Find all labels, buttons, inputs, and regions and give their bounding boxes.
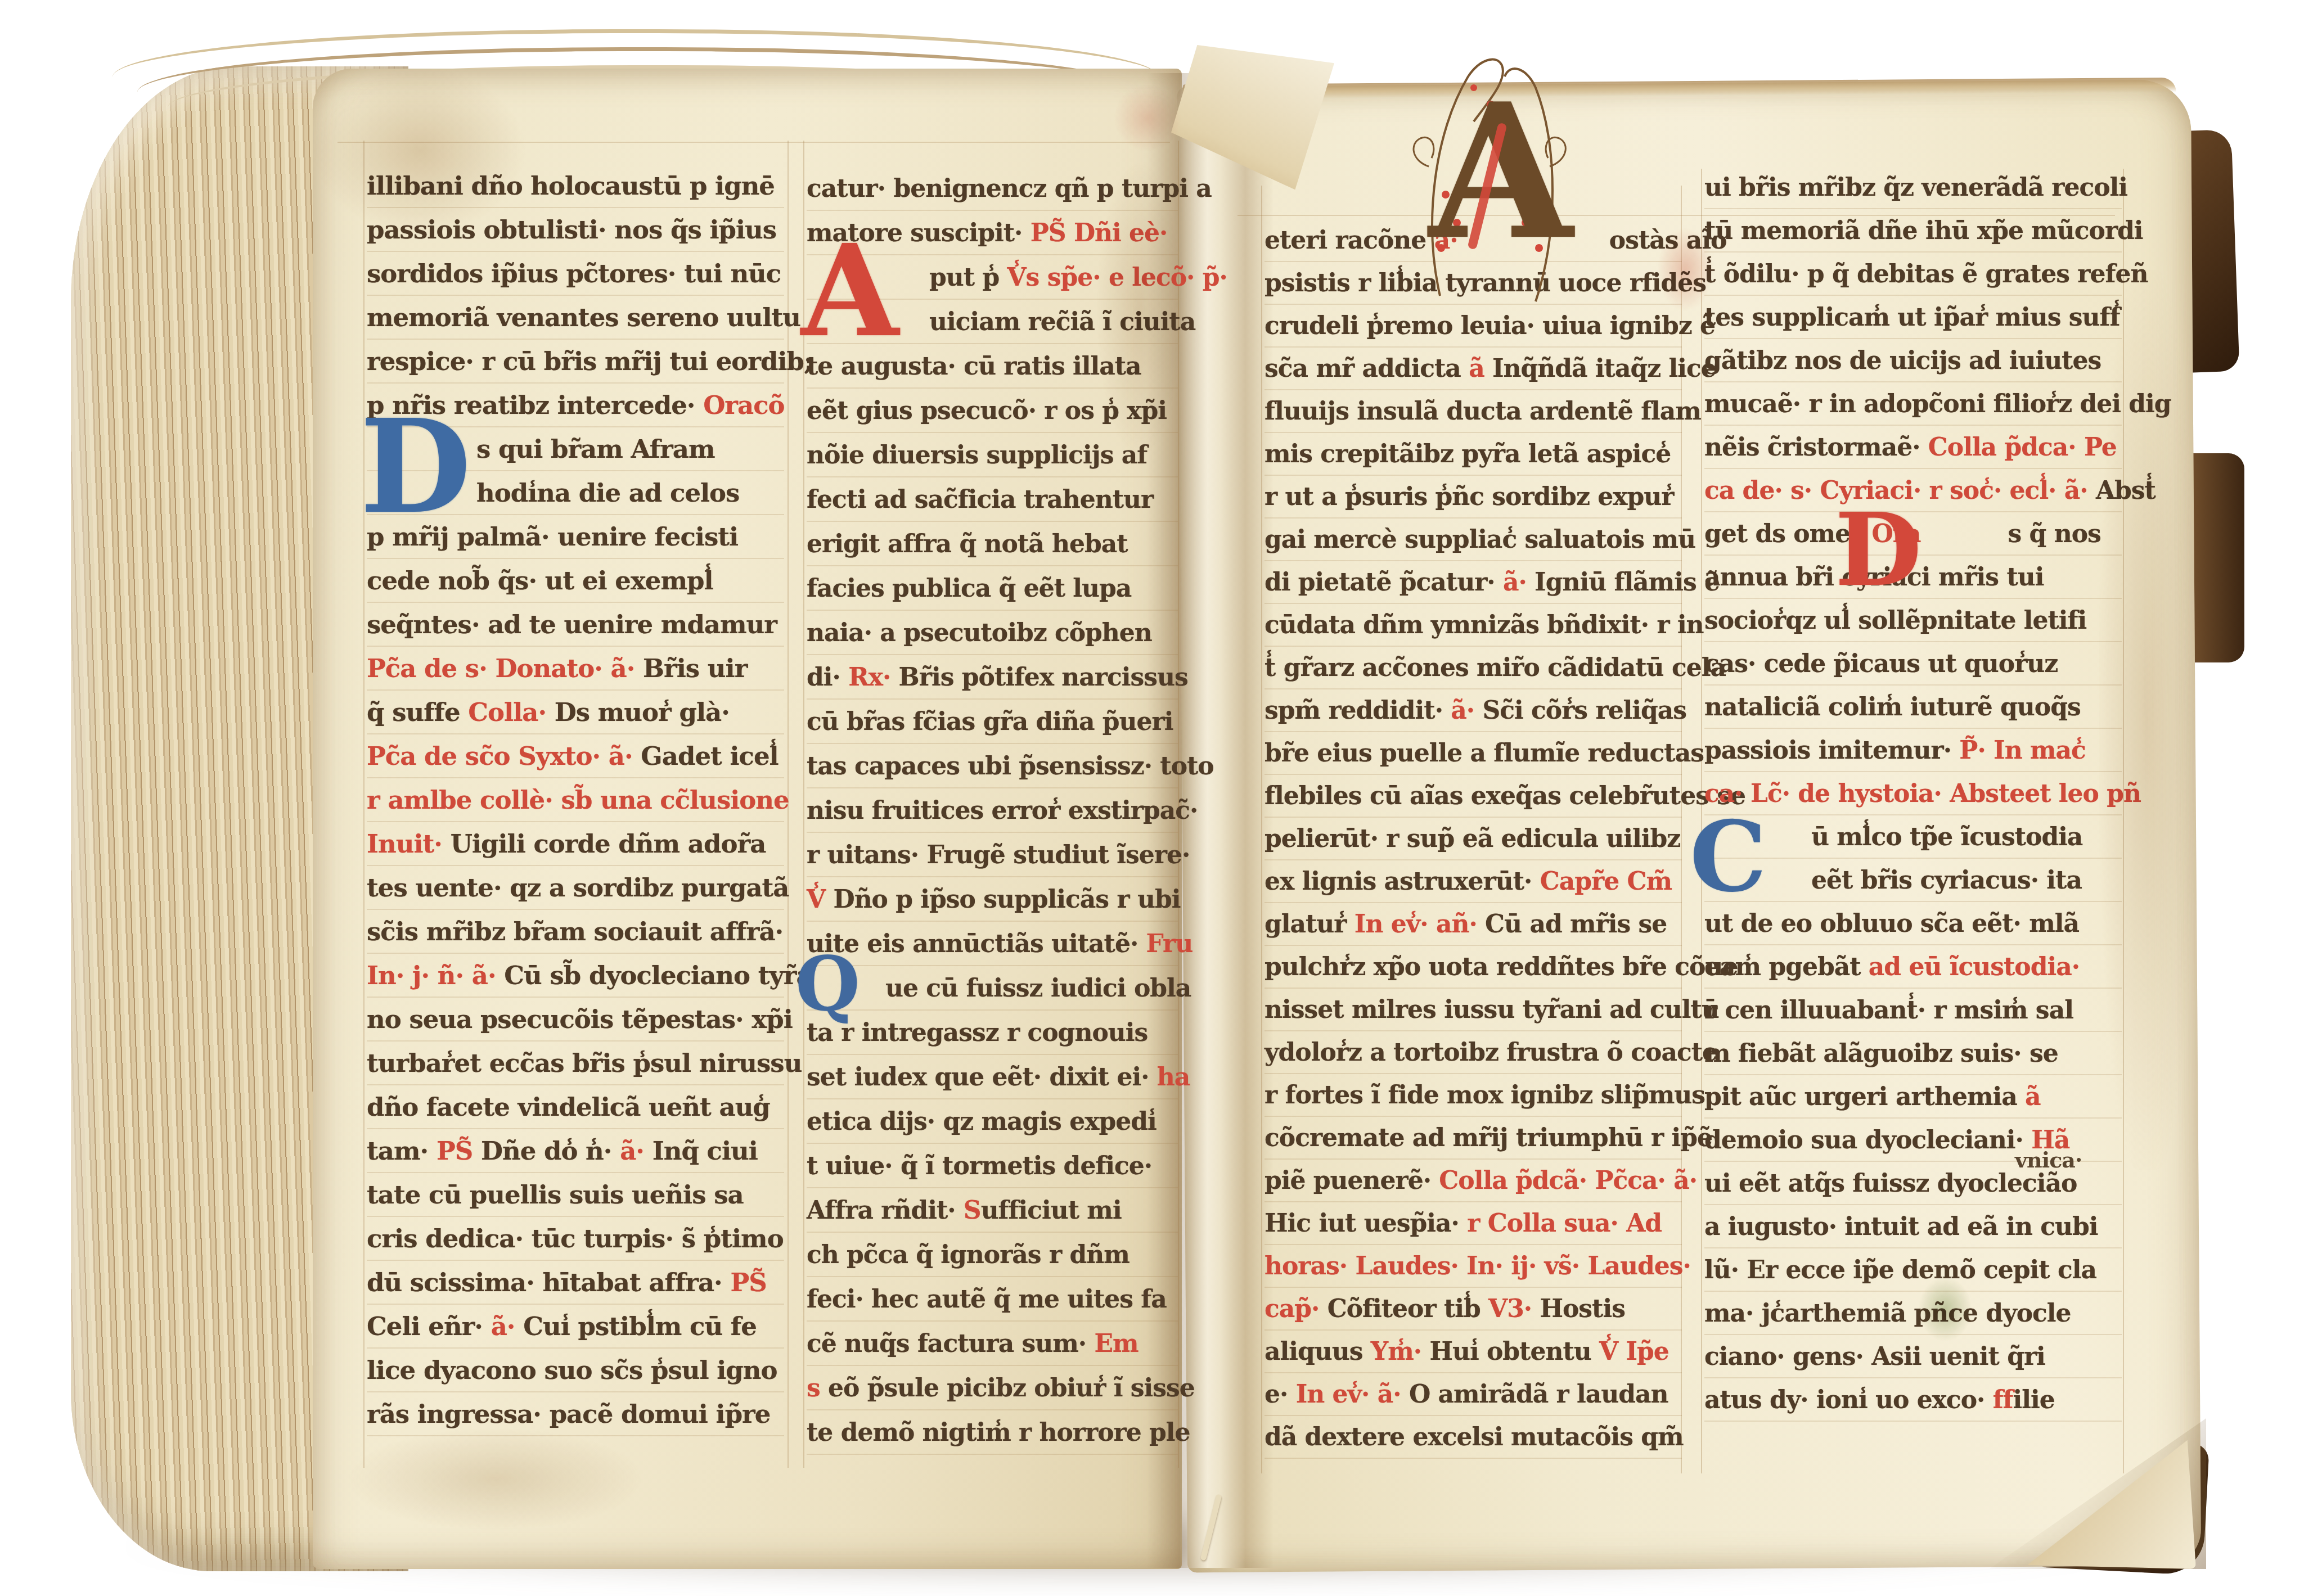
text-run: naia· a psecutoibz cõphen: [807, 619, 1152, 647]
text-line: te demõ nigtim̾ r horrore ple: [807, 1410, 1178, 1455]
text-line: r fortes ĩ fide mox ignibz slip̃mus: [1264, 1074, 1682, 1117]
text-run: Cui̾ pstibl̾m cū fe: [523, 1311, 757, 1341]
text-run: Colla p̃dca· Pe: [1928, 433, 2117, 462]
text-run: flebiles cū aĩas exeq̃as celebr̃utes se: [1264, 782, 1745, 810]
text-run: rãs ingressa· pacẽ domui ip̃re: [367, 1399, 770, 1429]
text-run: glatur̾: [1264, 910, 1354, 939]
text-line: pelierūt· r sup̃ eã edicula uilibz: [1264, 818, 1682, 860]
text-run: di pietatẽ p̃catur·: [1264, 568, 1503, 597]
text-run: crudeli p̾remo leuia· uiua ignibz ẽ: [1264, 312, 1715, 340]
manuscript-photo: illibani dño holocaustū p ignēpassiois o…: [0, 0, 2304, 1596]
ruling-line-vertical: [363, 141, 364, 1468]
text-line: facies publica q̃ eẽt lupa: [807, 566, 1178, 611]
text-run: ha: [1157, 1063, 1190, 1092]
text-line: sc̃a mr̃ addicta ã Inq̃ñdã itaq̃z lice: [1264, 348, 1682, 390]
text-run: V̾ Ip̃e: [1599, 1337, 1669, 1366]
text-run: r uitans· Frugẽ studiut ĩsere·: [807, 841, 1190, 869]
text-line: cris dedica· tūc turpis· s̃ p̾timo: [367, 1217, 784, 1261]
text-line: passiois imitemur· P̃· In mac̾: [1704, 729, 2122, 772]
text-run: ū ml̾co tp̃e ĩcustodia: [1811, 823, 2082, 851]
text-run: nõie diuersis supplicijs af: [807, 441, 1147, 470]
text-run: Ym̾·: [1371, 1337, 1430, 1366]
text-line: ma· jc̾arthemiã pñce dyocle: [1704, 1292, 2122, 1335]
text-run: In ev̾· añ·: [1354, 910, 1485, 939]
text-line: sc̃is mr̃ibz br̃am sociauit affrã·: [367, 910, 784, 954]
cadel-letter: A: [1429, 79, 1573, 264]
text-line: ciano· gens· Asii uenit q̃ri: [1704, 1335, 2122, 1378]
text-run: hodi̾na die ad celos: [476, 478, 739, 508]
text-run: Gadet icel̾: [641, 741, 778, 771]
text-run: uiciam rec̃iã ĩ ciuita: [929, 308, 1195, 336]
text-line: pulchr̾z xp̃o uota reddñtes br̃e cõue: [1264, 946, 1682, 989]
text-line: s eõ p̃sule picibz obiur̾ ĩ sisse: [807, 1366, 1178, 1410]
text-line: atus dy· ioni̾ uo exco· ffilie: [1704, 1378, 2122, 1422]
text-run: r ut a p̾suris p̾ñc sordibz expur̾: [1264, 483, 1673, 511]
text-run: dū scissima· hītabat affra·: [367, 1268, 730, 1297]
text-run: P̃· In mac̾: [1959, 736, 2085, 765]
text-line: mis crepitãibz pyr̃a letã aspice̾: [1264, 433, 1682, 476]
text-run: aliquus: [1264, 1337, 1371, 1366]
ruling-line-vertical: [1261, 186, 1262, 1473]
text-run: cede nob̃ q̃s· ut ei exempl̾: [367, 566, 713, 596]
text-run: Dño p ip̃so supplicãs r ubi: [833, 885, 1180, 914]
text-line: r cen illuuabant̾· r msim̾ sal: [1704, 989, 2122, 1032]
text-line: t̾ õdilu· p q̃ debitas ẽ grates refeñ: [1704, 253, 2122, 296]
text-run: sc̃is mr̃ibz br̃am sociauit affrã·: [367, 917, 783, 946]
text-run: Br̃is põtifex narcissus: [899, 663, 1188, 692]
text-line: pit aũc urgeri arthemia ã: [1704, 1075, 2122, 1119]
text-line: Pc̃a de s· Donato· ã· Br̃is uir: [367, 647, 784, 691]
text-line: naia· a psecutoibz cõphen: [807, 611, 1178, 655]
text-run: ff: [1993, 1386, 2013, 1414]
text-run: t̾ gr̃arz acc̃ones mir̃o cãdidatū cela: [1264, 653, 1726, 682]
illuminated-initial-blue-C: C: [1690, 814, 1767, 900]
text-run: pulchr̾z xp̃o uota reddñtes br̃e cõue: [1264, 953, 1738, 981]
text-line: t uiue· q̃ ĩ tormetis defice·: [807, 1144, 1178, 1188]
text-run: Inuit·: [367, 829, 451, 859]
text-run: gãtibz nos de uicijs ad iuiutes: [1704, 346, 2101, 375]
text-run: q̃ suffe: [367, 697, 468, 727]
text-line: V̾ Dño p ip̃so supplicãs r ubi: [807, 877, 1178, 922]
text-run: s: [807, 1374, 828, 1403]
text-line: tes supplicam̾ ut ip̃ar̾ mius suff̾: [1704, 296, 2122, 339]
text-run: Colla·: [468, 697, 555, 727]
text-run: Dñe do̾ n̾·: [481, 1136, 620, 1166]
text-line: di· Rx· Br̃is põtifex narcissus: [807, 655, 1178, 700]
text-run: respice· r cū br̃is mr̃ij tui eordib;: [367, 346, 813, 376]
text-line: ut de eo obluuo sc̃a eẽt· mlã: [1704, 902, 2122, 945]
text-run: tū memoriã dñe ihū xp̃e mũcordi: [1704, 217, 2143, 245]
text-run: demoio sua dyocleciani·: [1704, 1126, 2031, 1155]
text-run: Cõfiteor tib̾: [1327, 1295, 1488, 1323]
text-run: ue cū fuissz iudici obla: [885, 974, 1191, 1003]
text-run: tes uente· qz a sordibz purgatã: [367, 873, 789, 903]
text-run: ui br̃is mr̃ibz q̃z venerãdã recoli: [1704, 173, 2127, 202]
text-line: gai mercè suppliac̾ saluatois mū: [1264, 519, 1682, 561]
text-line: di pietatẽ p̃catur· ã· Igniū flãmis ẽ: [1264, 561, 1682, 604]
text-run: Pc̃a de s· Donato· ã·: [367, 653, 643, 683]
text-run: ch pc̃ca q̃ ignorãs r dñm: [807, 1241, 1129, 1269]
text-column-right-2: ui br̃is mr̃ibz q̃z venerãdã recolitū me…: [1704, 166, 2122, 1422]
text-line: passiois obtulisti· nos q̃s ip̃ius: [367, 208, 784, 252]
text-run: s qui br̃am Afram: [476, 434, 715, 464]
text-run: eẽt gius psecucõ· r os p̾ xp̃i: [807, 396, 1167, 425]
text-run: s q̃ nos: [2008, 520, 2101, 548]
text-run: spm̃ reddidit·: [1264, 696, 1451, 725]
text-line: mucaẽ· r in adopc̃oni filior̾z dei dig: [1704, 382, 2122, 426]
text-line: ex lignis astruxerūt· Capr̃e Cm̃: [1264, 860, 1682, 903]
text-run: mucaẽ· r in adopc̃oni filior̾z dei dig: [1704, 390, 2171, 418]
text-line: Pc̃a de sc̃o Syxto· ã· Gadet icel̾: [367, 734, 784, 778]
text-run: Cū ad mr̃is se: [1485, 910, 1667, 939]
text-run: ciano· gens· Asii uenit q̃ri: [1704, 1342, 2045, 1371]
text-line: sordidos ip̃ius pc̃tores· tui nūc: [367, 252, 784, 296]
text-line: dño facete vindelicã ueñt aug̾: [367, 1085, 784, 1129]
text-line: nataliciã colim̾ iuturẽ quoq̃s: [1704, 686, 2122, 729]
text-run: atus dy· ioni̾ uo exco·: [1704, 1386, 1993, 1414]
text-run: Hic iut uesp̃ia·: [1264, 1209, 1467, 1238]
text-run: cap̃·: [1264, 1295, 1327, 1323]
text-run: O amirãdã r laudan: [1409, 1380, 1668, 1409]
text-run: lũ· Er ecce ip̃e demõ cepit cla: [1704, 1256, 2096, 1284]
text-run: tes supplicam̾ ut ip̃ar̾ mius suff̾: [1704, 303, 2119, 332]
text-run: Celi eñr·: [367, 1311, 491, 1341]
text-line: fecti ad sac̃ficia trahentur: [807, 477, 1178, 522]
text-line: ū ml̾co tp̃e ĩcustodia: [1704, 815, 2122, 859]
text-run: ilie: [2013, 1386, 2055, 1414]
text-run: ma· jc̾arthemiã pñce dyocle: [1704, 1299, 2071, 1328]
text-line: eẽt gius psecucõ· r os p̾ xp̃i: [807, 389, 1178, 433]
text-run: ex lignis astruxerūt·: [1264, 867, 1540, 896]
text-line: ca· Lc̃· de hystoia· Absteet leo pñ: [1704, 772, 2122, 815]
margin-note: vnica·: [2015, 1147, 2082, 1173]
text-line: cū br̃as fc̃ias gr̃a diña p̃ueri: [807, 700, 1178, 744]
text-line: horas· Laudes· In· ij· vs̃· Laudes·: [1264, 1245, 1682, 1288]
text-run: pit aũc urgeri arthemia: [1704, 1083, 2025, 1111]
text-run: Affra rñdit·: [807, 1196, 964, 1225]
text-line: set iudex que eẽt· dixit ei· ha: [807, 1055, 1178, 1099]
text-run: ca· Lc̃· de hystoia· Absteet leo pñ: [1704, 779, 2141, 808]
text-run: nẽis c̃ristormaẽ·: [1704, 433, 1928, 462]
text-run: cris dedica· tūc turpis· s̃ p̾timo: [367, 1224, 784, 1254]
text-run: Cū sb̃ dyocleciano tyr̃a: [504, 961, 812, 990]
text-run: eõ p̃sule picibz obiur̾ ĩ sisse: [828, 1374, 1195, 1403]
illuminated-initial-red-D: D: [1835, 506, 1921, 594]
illuminated-initial-blue-D: D: [360, 411, 471, 523]
text-line: ch pc̃ca q̃ ignorãs r dñm: [807, 1233, 1178, 1277]
text-line: tū memoriã dñe ihū xp̃e mũcordi: [1704, 209, 2122, 253]
text-run: turbar̾et ecc̃as br̃is p̾sul nirussu: [367, 1048, 802, 1078]
text-run: nisset milres iussu tyr̃ani ad cultū: [1264, 995, 1719, 1024]
text-line: tam· PS̃ Dñe do̾ n̾· ã· Inq̃ ciui: [367, 1129, 784, 1173]
text-run: eam̾ pgebãt: [1704, 953, 1869, 981]
text-run: V̾s sp̃e· e lecõ· p̃·: [1007, 263, 1227, 292]
text-line: r amlbe collè· sb̃ una cc̃lusione: [367, 778, 784, 822]
text-run: put p̾: [929, 263, 1007, 292]
text-run: In· j· ñ· ã·: [367, 961, 504, 990]
text-line: uite eis annūctiãs uitatẽ· Fru: [807, 922, 1178, 966]
text-run: r amlbe collè· sb̃ una cc̃lusione: [367, 785, 789, 815]
text-line: aliquus Ym̾· Hui̾ obtentu V̾ Ip̃e: [1264, 1331, 1682, 1373]
text-run: lice dyacono suo sc̃s p̾sul igno: [367, 1355, 777, 1385]
text-run: Em: [1094, 1329, 1138, 1358]
text-run: ã·: [491, 1311, 524, 1341]
text-run: Colla p̃dcã· Pc̃ca· ã·: [1439, 1166, 1697, 1195]
text-line: seq̃ntes· ad te uenire mdamur: [367, 603, 784, 647]
text-line: Hic iut uesp̃ia· r Colla sua· Ad: [1264, 1202, 1682, 1245]
text-run: In ev̾· ã·: [1296, 1380, 1409, 1409]
text-line: no seua psecucõis tẽpestas· xp̃i: [367, 998, 784, 1042]
text-run: cas· cede p̃icaus ut quor̾uz: [1704, 650, 2058, 678]
text-run: Uigili corde dñm ador̃a: [451, 829, 766, 859]
text-line: fluuijs insulã ducta ardentẽ flam: [1264, 390, 1682, 433]
text-run: mis crepitãibz pyr̃a letã aspice̾: [1264, 440, 1671, 468]
text-run: ã·: [1451, 696, 1482, 725]
ruling-line-vertical: [2123, 169, 2124, 1473]
text-run: cẽ nuq̃s factura sum·: [807, 1329, 1094, 1358]
text-line: nõie diuersis supplicijs af: [807, 433, 1178, 477]
text-run: ã·: [620, 1136, 652, 1166]
text-run: cõcremate ad mr̃ij triumphū r ip̃ẽ: [1264, 1124, 1712, 1152]
text-run: seq̃ntes· ad te uenire mdamur: [367, 610, 777, 639]
text-line: gãtibz nos de uicijs ad iuiutes: [1704, 339, 2122, 382]
text-run: ã: [2025, 1083, 2041, 1111]
cadel-initial-A: A: [1406, 54, 1575, 313]
text-run: ydolor̾z a tortoibz frustra õ coacte: [1264, 1038, 1717, 1067]
text-line: feci· hec autẽ q̃ me uites fa: [807, 1277, 1178, 1322]
text-run: facies publica q̃ eẽt lupa: [807, 574, 1131, 603]
text-run: fluuijs insulã ducta ardentẽ flam: [1264, 397, 1701, 426]
text-run: cū br̃as fc̃ias gr̃a diña p̃ueri: [807, 707, 1173, 736]
text-run: te demõ nigtim̾ r horrore ple: [807, 1418, 1190, 1447]
initial-gap: [1921, 542, 2008, 542]
text-run: fecti ad sac̃ficia trahentur: [807, 485, 1153, 514]
text-run: S: [964, 1196, 981, 1225]
text-line: Inuit· Uigili corde dñm ador̃a: [367, 822, 784, 866]
text-line: r ut a p̾suris p̾ñc sordibz expur̾: [1264, 476, 1682, 519]
text-run: t uiue· q̃ ĩ tormetis defice·: [807, 1152, 1152, 1180]
text-line: respice· r cū br̃is mr̃ij tui eordib;: [367, 340, 784, 384]
text-run: PS̃: [436, 1136, 481, 1166]
text-run: Fru: [1146, 930, 1193, 958]
text-run: Oracõ: [703, 390, 784, 420]
text-run: e·: [1264, 1380, 1296, 1409]
ruling-line-horizontal: [337, 142, 1170, 143]
text-line: tate cū puellis suis ueñis sa: [367, 1173, 784, 1217]
text-run: set iudex que eẽt· dixit ei·: [807, 1063, 1157, 1092]
text-line: eẽt br̃is cyriacus· ita: [1704, 859, 2122, 902]
text-run: eẽt br̃is cyriacus· ita: [1811, 866, 2082, 895]
text-run: no seua psecucõis tẽpestas· xp̃i: [367, 1004, 793, 1034]
text-line: turbar̾et ecc̃as br̃is p̾sul nirussu: [367, 1042, 784, 1085]
text-line: cede nob̃ q̃s· ut ei exempl̾: [367, 559, 784, 603]
text-run: Inq̃ñdã itaq̃z lice: [1492, 354, 1716, 383]
text-line: cūdata dñm ymnizãs bñdixit· r in: [1264, 604, 1682, 647]
text-run: ã: [1469, 354, 1492, 383]
text-run: erigit affra q̃ notã hebat: [807, 530, 1128, 558]
text-run: PS̃ Dñi eè·: [1030, 219, 1168, 247]
text-run: Capr̃e Cm̃: [1540, 867, 1672, 896]
text-run: m fiebãt alãguoibz suis· se: [1704, 1039, 2058, 1068]
text-line: illibani dño holocaustū p ignē: [367, 164, 784, 208]
text-line: erigit affra q̃ notã hebat: [807, 522, 1178, 566]
text-line: dū scissima· hītabat affra· PS̃: [367, 1261, 784, 1305]
text-column-left-1: illibani dño holocaustū p ignēpassiois o…: [367, 164, 784, 1436]
text-line: m fiebãt alãguoibz suis· se: [1704, 1032, 2122, 1075]
text-line: nisu fruitices error̾ exstirpac̃·: [807, 788, 1178, 833]
illuminated-initial-blue-Q: Q: [795, 952, 860, 1018]
text-line: t̾ gr̃arz acc̃ones mir̃o cãdidatū cela: [1264, 647, 1682, 689]
text-run: Pc̃a de sc̃o Syxto· ã·: [367, 741, 641, 771]
text-run: Abst̾: [2096, 476, 2155, 505]
text-line: memoriã venantes sereno uultu: [367, 296, 784, 340]
text-run: Igniū flãmis ẽ: [1534, 568, 1720, 597]
text-line: tas capaces ubi p̃sensissz· toto: [807, 744, 1178, 788]
text-line: eam̾ pgebãt ad eū ĩcustodia·: [1704, 945, 2122, 989]
text-run: nisu fruitices error̾ exstirpac̃·: [807, 796, 1198, 825]
text-run: V̾: [807, 885, 833, 914]
text-run: cūdata dñm ymnizãs bñdixit· r in: [1264, 611, 1704, 639]
text-line: ydolor̾z a tortoibz frustra õ coacte: [1264, 1031, 1682, 1074]
text-line: etica dijs· qz magis expedi̾: [807, 1099, 1178, 1144]
text-run: Inq̃ ciui: [652, 1136, 758, 1166]
text-run: catur· benignencz qñ p turpi a: [807, 174, 1212, 203]
text-line: cas· cede p̃icaus ut quor̾uz: [1704, 642, 2122, 686]
text-run: passiois imitemur·: [1704, 736, 1959, 765]
text-line: ue cū fuissz iudici obla: [807, 966, 1178, 1011]
text-run: Rx·: [848, 663, 898, 692]
text-run: sordidos ip̃ius pc̃tores· tui nūc: [367, 259, 781, 288]
text-line: piẽ puenerẽ· Colla p̃dcã· Pc̃ca· ã·: [1264, 1160, 1682, 1202]
text-run: memoriã venantes sereno uultu: [367, 303, 800, 332]
text-run: di·: [807, 663, 848, 692]
text-line: lice dyacono suo sc̃s p̾sul igno: [367, 1349, 784, 1392]
text-line: In· j· ñ· ã· Cū sb̃ dyocleciano tyr̃a: [367, 954, 784, 998]
text-run: etica dijs· qz magis expedi̾: [807, 1107, 1156, 1136]
text-line: tes uente· qz a sordibz purgatã: [367, 866, 784, 910]
text-run: pelierūt· r sup̃ eã edicula uilibz: [1264, 824, 1680, 853]
text-run: a iugusto· intuit ad eã in cubi: [1704, 1212, 2098, 1241]
text-run: V3·: [1488, 1295, 1540, 1323]
text-line: ta r intregassz r cognouis: [807, 1011, 1178, 1055]
text-run: r Colla sua· Ad: [1467, 1209, 1662, 1238]
text-line: e· In ev̾· ã· O amirãdã r laudan: [1264, 1373, 1682, 1416]
illuminated-initial-red-A: A: [801, 236, 899, 346]
text-run: dã dextere excelsi mutacõis qm̃: [1264, 1423, 1684, 1451]
text-run: tam·: [367, 1136, 436, 1166]
text-line: dã dextere excelsi mutacõis qm̃: [1264, 1416, 1682, 1459]
text-line: Celi eñr· ã· Cui̾ pstibl̾m cū fe: [367, 1305, 784, 1349]
text-run: tate cū puellis suis ueñis sa: [367, 1180, 744, 1210]
text-line: cap̃· Cõfiteor tib̾ V3· Hostis: [1264, 1288, 1682, 1331]
text-run: illibani dño holocaustū p ignē: [367, 171, 775, 201]
text-line: br̃e eius puelle a flumĩe reductas: [1264, 732, 1682, 775]
text-run: br̃e eius puelle a flumĩe reductas: [1264, 739, 1704, 768]
text-run: sc̃a mr̃ addicta: [1264, 354, 1469, 383]
text-line: q̃ suffe Colla· Ds muor̾ glà·: [367, 691, 784, 734]
text-run: feci· hec autẽ q̃ me uites fa: [807, 1285, 1167, 1314]
text-run: ui eẽt atq̃s fuissz dyoclecião: [1704, 1169, 2077, 1198]
text-line: cẽ nuq̃s factura sum· Em: [807, 1322, 1178, 1366]
text-run: Sc̃i cõr̾s reliq̃as: [1482, 696, 1686, 725]
text-line: cõcremate ad mr̃ij triumphū r ip̃ẽ: [1264, 1117, 1682, 1160]
text-run: dño facete vindelicã ueñt aug̾: [367, 1092, 770, 1122]
text-line: r uitans· Frugẽ studiut ĩsere·: [807, 833, 1178, 877]
text-line: glatur̾ In ev̾· añ· Cū ad mr̃is se: [1264, 903, 1682, 946]
text-run: ã·: [1503, 568, 1534, 597]
text-run: passiois obtulisti· nos q̃s ip̃ius: [367, 215, 776, 245]
text-column-right-1: eteri racõne ã· ostàs aĩopsistis r lib̾i…: [1264, 219, 1682, 1459]
text-line: nẽis c̃ristormaẽ· Colla p̃dca· Pe: [1704, 426, 2122, 469]
text-run: r fortes ĩ fide mox ignibz slip̃mus: [1264, 1081, 1705, 1110]
text-line: catur· benignencz qñ p turpi a: [807, 166, 1178, 211]
text-line: ui br̃is mr̃ibz q̃z venerãdã recoli: [1704, 166, 2122, 209]
text-line: Affra rñdit· Sufficiut mi: [807, 1188, 1178, 1233]
text-run: Hostis: [1540, 1295, 1625, 1323]
text-run: nataliciã colim̾ iuturẽ quoq̃s: [1704, 693, 2081, 722]
text-run: socior̾qz ul̾ sollẽpnitate letifi: [1704, 606, 2086, 635]
text-run: piẽ puenerẽ·: [1264, 1166, 1439, 1195]
text-run: PS̃: [730, 1268, 766, 1297]
text-line: lũ· Er ecce ip̃e demõ cepit cla: [1704, 1248, 2122, 1292]
text-line: nisset milres iussu tyr̃ani ad cultū: [1264, 989, 1682, 1031]
text-run: gai mercè suppliac̾ saluatois mū: [1264, 525, 1695, 554]
text-line: spm̃ reddidit· ã· Sc̃i cõr̾s reliq̃as: [1264, 689, 1682, 732]
text-run: Hui̾ obtentu: [1429, 1337, 1599, 1366]
text-run: t̾ õdilu· p q̃ debitas ẽ grates refeñ: [1704, 260, 2148, 288]
text-run: r cen illuuabant̾· r msim̾ sal: [1704, 996, 2073, 1025]
text-run: ad eū ĩcustodia·: [1869, 953, 2080, 981]
text-line: flebiles cū aĩas exeq̃as celebr̃utes se: [1264, 775, 1682, 818]
text-run: ufficiut mi: [981, 1196, 1122, 1225]
text-run: Ds muor̾ glà·: [555, 697, 730, 727]
text-run: tas capaces ubi p̃sensissz· toto: [807, 752, 1214, 781]
text-run: horas· Laudes· In· ij· vs̃· Laudes·: [1264, 1252, 1691, 1281]
text-line: a iugusto· intuit ad eã in cubi: [1704, 1205, 2122, 1248]
text-line: rãs ingressa· pacẽ domui ip̃re: [367, 1392, 784, 1436]
text-run: Br̃is uir: [643, 653, 747, 683]
